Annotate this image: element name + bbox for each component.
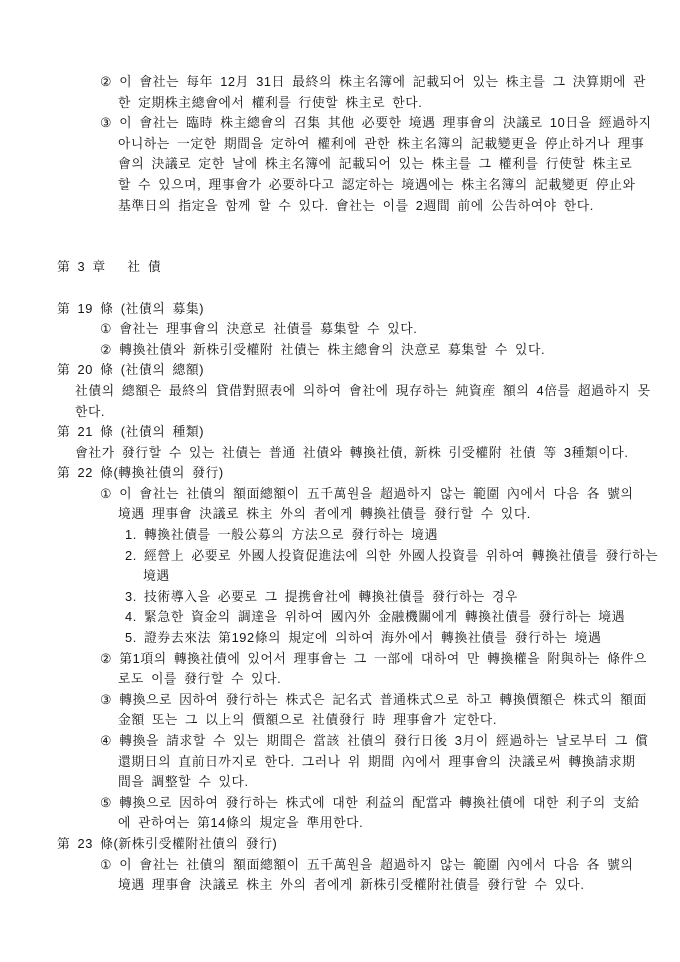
text-line: 會의 決議로 定한 날에 株主名簿에 記載되어 있는 株主를 그 權利를 行使할… [0,154,680,175]
text-line: 第 20 條 (社債의 總額) [0,360,680,381]
text-line: ① 이 會社는 社債의 額面總額이 五千萬원을 超過하지 않는 範圍 內에서 다… [0,484,680,505]
document-lines: ② 이 會社는 每年 12月 31日 最終의 株主名簿에 記載되어 있는 株主를… [0,72,680,896]
text-line: 1. 轉換社債를 一般公募의 方法으로 發行하는 境遇 [0,525,680,546]
blank-line [0,237,680,258]
text-line: 5. 證券去來法 第192條의 規定에 의하여 海外에서 轉換社債를 發行하는 … [0,628,680,649]
text-line: ③ 이 會社는 臨時 株主總會의 召集 其他 必要한 境遇 理事會의 決議로 1… [0,113,680,134]
text-line: 3. 技術導入을 必要로 그 提携會社에 轉換社債를 發行하는 경우 [0,587,680,608]
text-line: ② 이 會社는 每年 12月 31日 最終의 株主名簿에 記載되어 있는 株主를… [0,72,680,93]
text-line: 境遇 [0,566,680,587]
text-line: 에 관하여는 第14條의 規定을 準用한다. [0,813,680,834]
text-line: 第 3 章 社 債 [0,257,680,278]
text-line: 第 23 條(新株引受權附社債의 發行) [0,834,680,855]
text-line: 한 定期株主總會에서 權利를 行使할 株主로 한다. [0,93,680,114]
text-line: 第 19 條 (社債의 募集) [0,299,680,320]
text-line: 會社가 發行할 수 있는 社債는 普通 社債와 轉換社債, 新株 引受權附 社債… [0,443,680,464]
text-line: 아니하는 一定한 期間을 定하여 權利에 관한 株主名簿의 記載變更을 停止하거… [0,134,680,155]
text-line: 第 22 條(轉換社債의 發行) [0,463,680,484]
text-line: ② 轉換社債와 新株引受權附 社債는 株主總會의 決意로 募集할 수 있다. [0,340,680,361]
text-line: ① 이 會社는 社債의 額面總額이 五千萬원을 超過하지 않는 範圍 內에서 다… [0,855,680,876]
text-line: 第 21 條 (社債의 種類) [0,422,680,443]
blank-line [0,216,680,237]
text-line: 境遇 理事會 決議로 株主 外의 者에게 轉換社債를 發行할 수 있다. [0,504,680,525]
text-line: 할 수 있으며, 理事會가 必要하다고 認定하는 境遇에는 株主名簿의 記載變更… [0,175,680,196]
text-line: 4. 緊急한 資金의 調達을 위하여 國內外 金融機關에게 轉換社債를 發行하는… [0,607,680,628]
text-line: ⑤ 轉換으로 因하여 發行하는 株式에 대한 利益의 配當과 轉換社債에 대한 … [0,793,680,814]
text-line: 境遇 理事會 決議로 株主 外의 者에게 新株引受權附社債를 發行할 수 있다. [0,875,680,896]
text-line: 2. 經營上 必要로 外國人投資促進法에 의한 外國人投資를 위하여 轉換社債를… [0,546,680,567]
blank-line [0,278,680,299]
text-line: ④ 轉換을 請求할 수 있는 期間은 當該 社債의 發行日後 3月이 經過하는 … [0,731,680,752]
text-line: 還期日의 直前日까지로 한다. 그러나 위 期間 內에서 理事會의 決議로써 轉… [0,752,680,773]
text-line: 로도 이를 發行할 수 있다. [0,669,680,690]
text-line: 社債의 總額은 最終의 貸借對照表에 의하여 會社에 現存하는 純資産 額의 4… [0,381,680,402]
text-line: 基準日의 指定을 함께 할 수 있다. 會社는 이를 2週間 前에 公告하여야 … [0,196,680,217]
text-line: ③ 轉換으로 因하여 發行하는 株式은 記名式 普通株式으로 하고 轉換價額은 … [0,690,680,711]
text-line: ① 會社는 理事會의 決意로 社債를 募集할 수 있다. [0,319,680,340]
text-line: 한다. [0,402,680,423]
text-line: ② 第1項의 轉換社債에 있어서 理事會는 그 一部에 대하여 만 轉換權을 附… [0,649,680,670]
text-line: 金額 또는 그 以上의 價額으로 社債發行 時 理事會가 定한다. [0,710,680,731]
text-line: 間을 調整할 수 있다. [0,772,680,793]
document-page: ② 이 會社는 每年 12月 31日 最終의 株主名簿에 記載되어 있는 株主를… [0,0,680,962]
